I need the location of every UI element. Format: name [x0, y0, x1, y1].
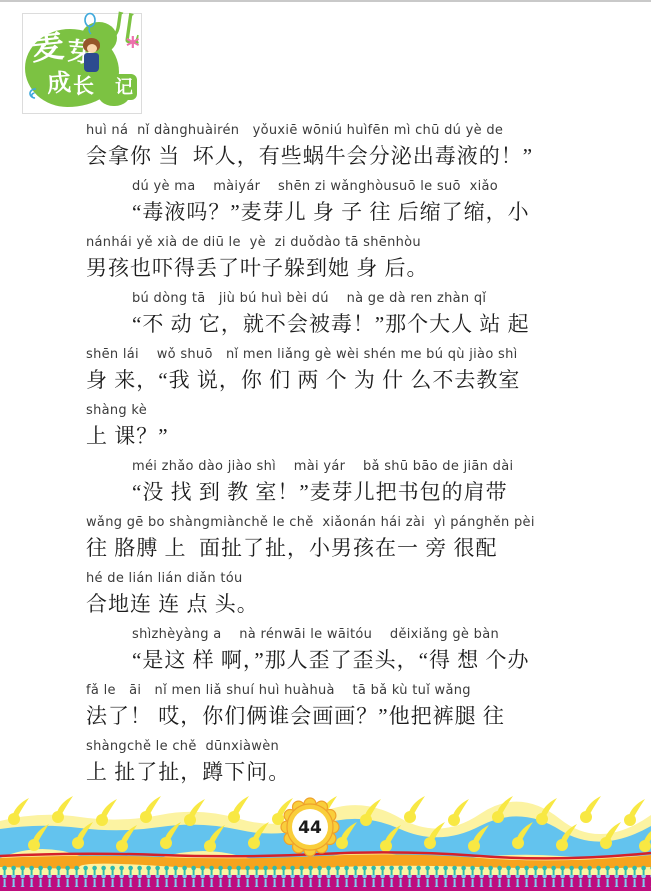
story-text-block: huì ná nǐ dànghuàirén yǒuxiē wōniú huìfē…: [86, 122, 578, 794]
line-pair: dú yè ma màiyár shēn zi wǎnghòusuō le su…: [86, 178, 578, 234]
hanzi-line: 上 扯了扯，蹲下问。: [86, 756, 578, 789]
line-pair: nánhái yě xià de diū le yè zi duǒdào tā …: [86, 234, 578, 290]
hanzi-line: 上 课？”: [86, 420, 578, 453]
book-page: 麦 芽 儿 * 成 长 记 huì ná nǐ dànghuàirén yǒux…: [0, 0, 651, 891]
line-pair: wǎng gē bo shàngmiànchě le chě xiǎonán h…: [86, 514, 578, 570]
pinyin-line: shìzhèyàng a nà rénwāi le wāitóu děixiǎn…: [132, 626, 578, 644]
logo-asterisk: *: [126, 34, 140, 60]
page-top-edge-line: [0, 0, 651, 2]
line-pair: fǎ le āi nǐ men liǎ shuí huì huàhuà tā b…: [86, 682, 578, 738]
line-pair: méi zhǎo dào jiào shì mài yár bǎ shū bāo…: [86, 458, 578, 514]
line-pair: shàng kè 上 课？”: [86, 402, 578, 458]
hanzi-line: 合地连 连 点 头。: [86, 588, 578, 621]
page-number: 44: [298, 818, 322, 838]
hanzi-line: 身 来，“我 说，你 们 两 个 为 什 么不去教室: [86, 364, 578, 397]
pinyin-line: shēn lái wǒ shuō nǐ men liǎng gè wèi shé…: [86, 346, 578, 364]
hanzi-line: 法了！ 哎，你们俩谁会画画？”他把裤腿 往: [86, 700, 578, 733]
line-pair: hé de lián lián diǎn tóu 合地连 连 点 头。: [86, 570, 578, 626]
hanzi-line: “不 动 它，就不会被毒！”那个大人 站 起: [132, 308, 578, 341]
hanzi-line: 往 胳膊 上 面扯了扯，小男孩在一 旁 很配: [86, 532, 578, 565]
hanzi-line: “是这 样 啊，”那人歪了歪头，“得 想 个办: [132, 644, 578, 677]
hanzi-line: 男孩也吓得丢了叶子躲到她 身 后。: [86, 252, 578, 285]
pinyin-line: huì ná nǐ dànghuàirén yǒuxiē wōniú huìfē…: [86, 122, 578, 140]
pinyin-line: bú dòng tā jiù bú huì bèi dú nà ge dà re…: [132, 290, 578, 308]
pinyin-line: shàng kè: [86, 402, 578, 420]
maiyar-growth-diary-logo: 麦 芽 儿 * 成 长 记: [22, 13, 142, 114]
line-pair: huì ná nǐ dànghuàirén yǒuxiē wōniú huìfē…: [86, 122, 578, 178]
logo-char-mai: 麦: [29, 30, 65, 66]
logo-char-ji: 记: [111, 74, 137, 100]
pinyin-line: dú yè ma màiyár shēn zi wǎnghòusuō le su…: [132, 178, 578, 196]
line-pair: shàngchě le chě dūnxiàwèn 上 扯了扯，蹲下问。: [86, 738, 578, 794]
pinyin-line: fǎ le āi nǐ men liǎ shuí huì huàhuà tā b…: [86, 682, 578, 700]
logo-char-cheng: 成: [46, 71, 72, 97]
pinyin-line: wǎng gē bo shàngmiànchě le chě xiǎonán h…: [86, 514, 578, 532]
pinyin-line: nánhái yě xià de diū le yè zi duǒdào tā …: [86, 234, 578, 252]
hanzi-line: “毒液吗？”麦芽儿 身 子 往 后缩了缩，小: [132, 196, 578, 229]
girl-face: [87, 44, 97, 53]
line-pair: shēn lái wǒ shuō nǐ men liǎng gè wèi shé…: [86, 346, 578, 402]
spiral-doodle-icon: [19, 84, 41, 104]
girl-dress: [84, 53, 99, 72]
pinyin-line: méi zhǎo dào jiào shì mài yár bǎ shū bāo…: [132, 458, 578, 476]
girl-character-illustration: [82, 38, 102, 82]
balloon-doodle-icon: [81, 12, 99, 36]
line-pair: bú dòng tā jiù bú huì bèi dú nà ge dà re…: [86, 290, 578, 346]
pinyin-line: shàngchě le chě dūnxiàwèn: [86, 738, 578, 756]
line-pair: shìzhèyàng a nà rénwāi le wāitóu děixiǎn…: [86, 626, 578, 682]
hanzi-line: “没 找 到 教 室！”麦芽儿把书包的肩带: [132, 476, 578, 509]
pinyin-line: hé de lián lián diǎn tóu: [86, 570, 578, 588]
hanzi-line: 会拿你 当 坏人，有些蜗牛会分泌出毒液的！”: [86, 140, 578, 173]
page-number-badge: 44: [280, 797, 340, 857]
